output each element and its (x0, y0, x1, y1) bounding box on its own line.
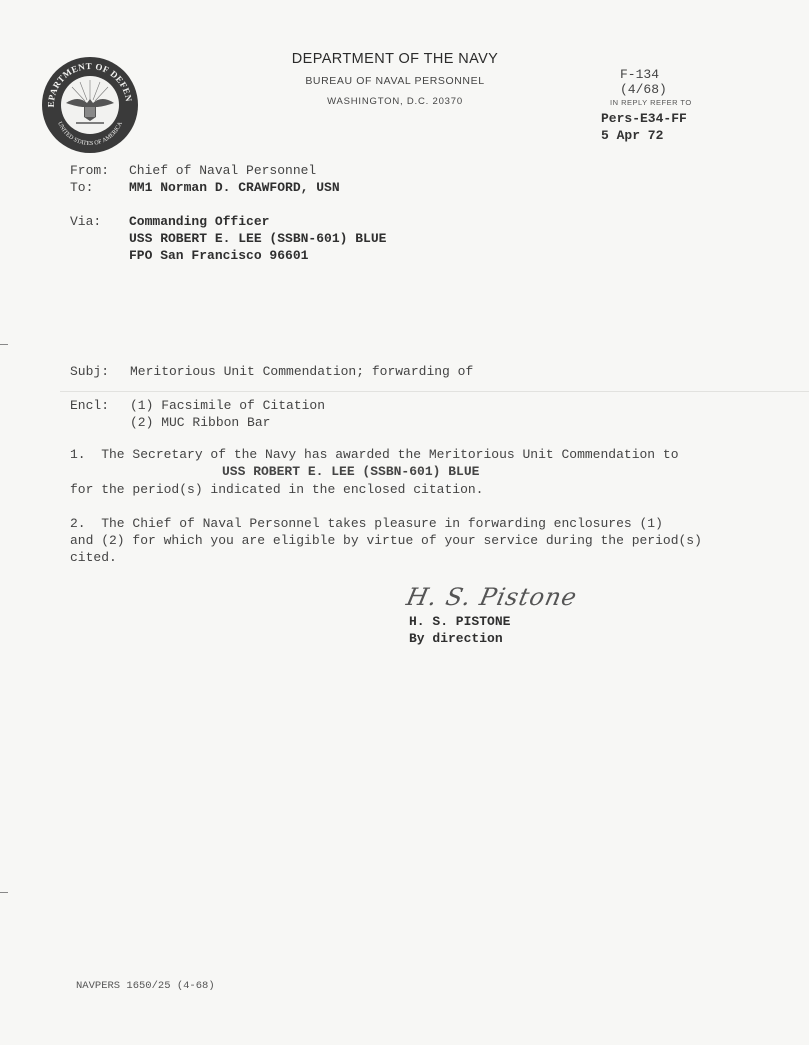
to-value: MM1 Norman D. CRAWFORD, USN (129, 180, 340, 195)
to-label: To: (70, 180, 93, 195)
handwritten-signature: H. S. Pistone (404, 583, 580, 611)
paragraph-2-line: cited. (70, 550, 117, 565)
via-line: Commanding Officer (129, 214, 269, 229)
from-value: Chief of Naval Personnel (129, 163, 316, 178)
dod-seal-icon: DEPARTMENT OF DEFENSE UNITED STATES OF A… (40, 55, 140, 155)
signer-name: H. S. PISTONE (409, 614, 510, 629)
enclosure-item: (1) Facsimile of Citation (130, 398, 325, 413)
enclosure-label: Encl: (70, 398, 109, 413)
signer-title: By direction (409, 631, 503, 646)
paragraph-1-ship: USS ROBERT E. LEE (SSBN-601) BLUE (222, 464, 479, 479)
via-label: Via: (70, 214, 101, 229)
letterhead-bureau: BUREAU OF NAVAL PERSONNEL (290, 75, 500, 87)
reference-code: Pers-E34-FF (601, 111, 687, 126)
enclosure-item: (2) MUC Ribbon Bar (130, 415, 270, 430)
reply-label: IN REPLY REFER TO (610, 98, 692, 107)
paragraph-1-line: 1. The Secretary of the Navy has awarded… (70, 447, 679, 462)
letterhead-address: WASHINGTON, D.C. 20370 (310, 96, 480, 107)
subject-label: Subj: (70, 364, 109, 379)
paper-fold (60, 391, 809, 392)
letterhead-title: DEPARTMENT OF THE NAVY (270, 51, 520, 67)
via-line: FPO San Francisco 96601 (129, 248, 308, 263)
paragraph-2-line: 2. The Chief of Naval Personnel takes pl… (70, 516, 663, 531)
margin-tick (0, 892, 8, 893)
paragraph-1-line: for the period(s) indicated in the enclo… (70, 482, 483, 497)
subject-value: Meritorious Unit Commendation; forwardin… (130, 364, 473, 379)
form-date: (4/68) (620, 82, 667, 97)
margin-tick (0, 344, 8, 345)
from-label: From: (70, 163, 109, 178)
form-number: F-134 (620, 67, 659, 82)
paragraph-2-line: and (2) for which you are eligible by vi… (70, 533, 702, 548)
via-line: USS ROBERT E. LEE (SSBN-601) BLUE (129, 231, 386, 246)
form-identifier: NAVPERS 1650/25 (4-68) (76, 980, 215, 992)
letter-date: 5 Apr 72 (601, 128, 663, 143)
